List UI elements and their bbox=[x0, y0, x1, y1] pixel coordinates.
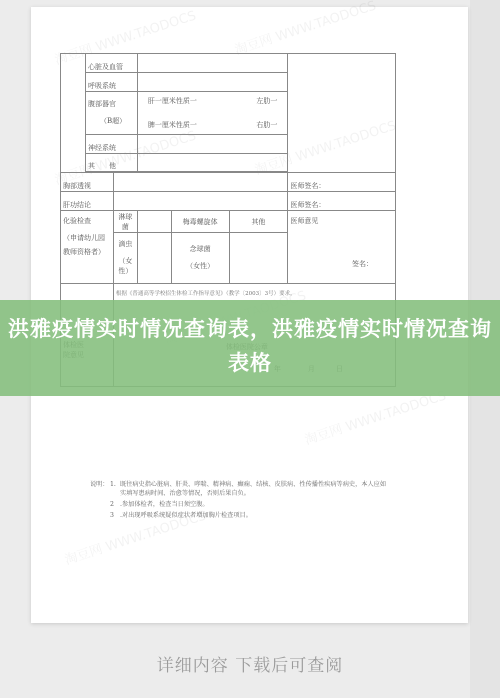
trichomonas-value bbox=[137, 233, 171, 284]
note-item: 2 .参加体检者，检查当日须空腹。 bbox=[90, 500, 390, 509]
chest-xray-value bbox=[113, 173, 287, 192]
notes-label: 说明： bbox=[90, 480, 110, 498]
notes-section: 说明： 1. 既往病史指心脏病、肝炎、哮喘、精神病、癫痫、结核、皮肤病、性传播性… bbox=[90, 480, 390, 520]
row-label: 其 他 bbox=[85, 154, 137, 172]
liver-doctor-sign: 医师签名： bbox=[288, 192, 396, 211]
lab-sign: 签名： bbox=[352, 259, 373, 269]
row-label: 神经系统 bbox=[85, 135, 137, 154]
row-label: 呼吸系统 bbox=[85, 73, 137, 92]
candida-cell: 念球菌 （女性） bbox=[171, 233, 229, 284]
gonococcus-label: 淋球菌 bbox=[113, 211, 137, 233]
spleen-value: 脾一厘米性质一 bbox=[148, 120, 197, 130]
banner-title: 洪雅疫情实时情况查询表，洪雅疫情实时情况查询表格 bbox=[0, 312, 500, 380]
row-value bbox=[137, 73, 288, 92]
watermark: 淘豆网 WWW.TAODOCS bbox=[232, 0, 378, 58]
basis-text: 根据《普通高等学校招生体检工作指导意见》（教学〔2003〕3号）要求， bbox=[113, 284, 395, 302]
exam-group-cell bbox=[61, 54, 86, 173]
abdominal-values: 肝一厘米性质一 左肋一 脾一厘米性质一 右肋一 bbox=[137, 92, 288, 135]
doctor-sign-area bbox=[288, 54, 396, 173]
left-rib-value: 左肋一 bbox=[256, 96, 277, 106]
row-label: 心脏及血管 bbox=[85, 54, 137, 73]
doctor-opinion-cell: 医师意见 签名： bbox=[288, 211, 396, 284]
liver-function-value bbox=[113, 192, 287, 211]
download-hint[interactable]: 详细内容 下载后可查阅 bbox=[0, 651, 500, 676]
row-value bbox=[137, 135, 288, 154]
note-item: 3 .对出现呼吸系统疑似症状者增加胸片检查项目。 bbox=[90, 511, 390, 520]
lab-tests-label: 化验检查 （申请幼儿园教师资格者） bbox=[61, 211, 114, 284]
row-value bbox=[137, 154, 288, 172]
gonococcus-value bbox=[137, 211, 171, 233]
candida-value bbox=[229, 233, 288, 284]
chest-xray-label: 胸部透视 bbox=[61, 173, 114, 192]
trichomonas-cell: 滴虫 （女性） bbox=[113, 233, 137, 284]
liver-value: 肝一厘米性质一 bbox=[148, 96, 197, 106]
note-item: 说明： 1. 既往病史指心脏病、肝炎、哮喘、精神病、癫痫、结核、皮肤病、性传播性… bbox=[90, 480, 390, 498]
syphilis-label: 梅毒螺旋体 bbox=[171, 211, 229, 233]
row-label: 腹部器官 （B超） bbox=[85, 92, 137, 135]
others-label: 其他 bbox=[229, 211, 288, 233]
chest-doctor-sign: 医师签名： bbox=[288, 173, 396, 192]
row-value bbox=[137, 54, 288, 73]
liver-function-label: 肝功结论 bbox=[61, 192, 114, 211]
right-rib-value: 右肋一 bbox=[256, 120, 277, 130]
